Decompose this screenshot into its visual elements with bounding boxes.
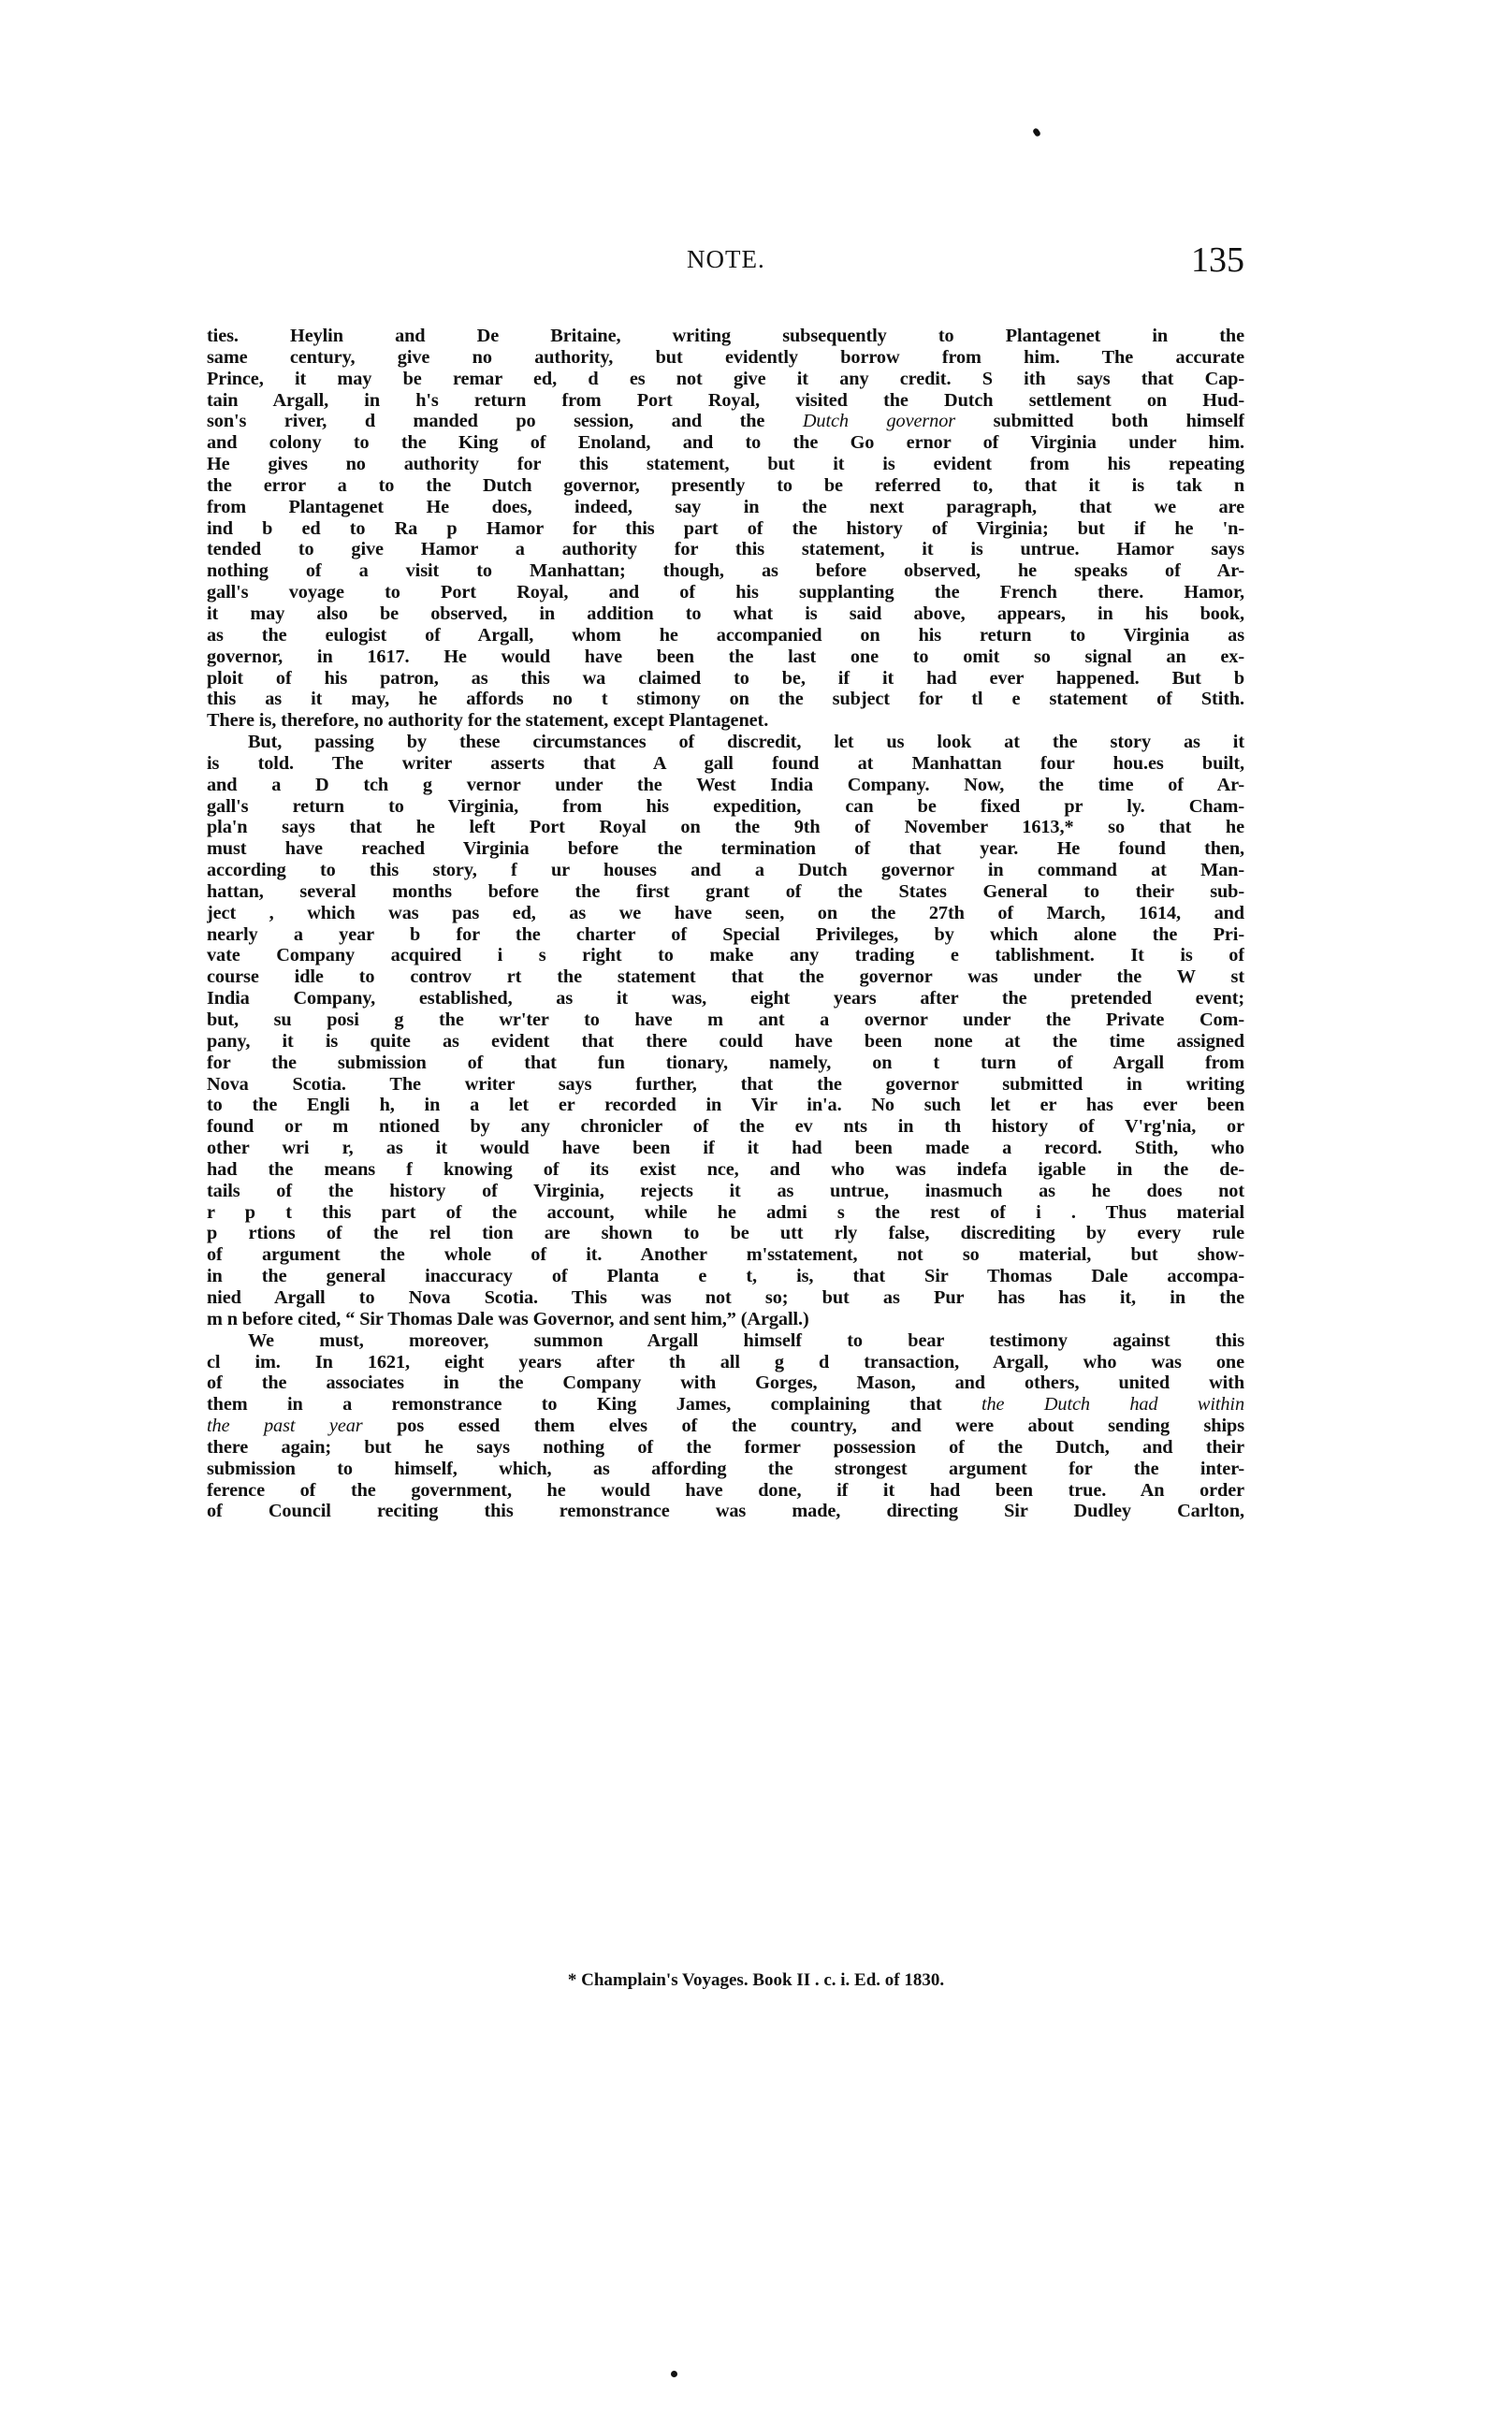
text-line: ference of the government, he would have… [207,1480,1244,1502]
text-line: of argument the whole of it. Another m's… [207,1244,1244,1266]
text-line: pany, it is quite as evident that there … [207,1031,1244,1053]
text-line: it may also be observed, in addition to … [207,603,1244,625]
page-number: 135 [1191,240,1244,281]
text-line: pla'n says that he left Port Royal on th… [207,817,1244,838]
text-line: submission to himself, which, as affordi… [207,1459,1244,1480]
text-line: according to this story, f ur houses and… [207,860,1244,881]
text-line: nearly a year b for the charter of Speci… [207,924,1244,946]
text-line: ind b ed to Ra p Hamor for this part of … [207,518,1244,540]
text-line: them in a remonstrance to King James, co… [207,1394,1244,1416]
text-line: same century, give no authority, but evi… [207,347,1244,369]
stray-ink-dot [671,2371,677,2377]
text-line: Prince, it may be remar ed, d es not giv… [207,369,1244,390]
italic-phrase: the Dutch had within [981,1394,1244,1415]
italic-phrase: Dutch governor [803,411,955,431]
text-line: There is, therefore, no authority for th… [207,710,1244,732]
text-line: course idle to controv rt the statement … [207,966,1244,988]
text-line: of Council reciting this remonstrance wa… [207,1501,1244,1522]
text-line: tended to give Hamor a authority for thi… [207,539,1244,560]
text-line: but, su posi g the wr'ter to have m ant … [207,1009,1244,1031]
text-line: nothing of a visit to Manhattan; though,… [207,560,1244,582]
text-line: there again; but he says nothing of the … [207,1437,1244,1459]
text-line: But, passing by these circumstances of d… [207,732,1244,753]
text-line: Nova Scotia. The writer says further, th… [207,1074,1244,1096]
text-line: ject , which was pas ed, as we have seen… [207,903,1244,924]
text-line: India Company, established, as it was, e… [207,988,1244,1009]
text-line: in the general inaccuracy of Planta e t,… [207,1266,1244,1287]
body-text: ties. Heylin and De Britaine, writing su… [207,326,1244,1522]
text-line: is told. The writer asserts that A gall … [207,753,1244,775]
italic-phrase: the past year [207,1416,363,1436]
text-line: governor, in 1617. He would have been th… [207,646,1244,668]
text-line: found or m ntioned by any chronicler of … [207,1116,1244,1138]
text-line: nied Argall to Nova Scotia. This was not… [207,1287,1244,1309]
text-line: for the submission of that fun tionary, … [207,1053,1244,1074]
text-line: ties. Heylin and De Britaine, writing su… [207,326,1244,347]
text-line: other wri r, as it would have been if it… [207,1138,1244,1159]
text-line: tails of the history of Virginia, reject… [207,1181,1244,1202]
text-line: the past year pos essed them elves of th… [207,1416,1244,1437]
text-line: ploit of his patron, as this wa claimed … [207,668,1244,690]
text-line: and a D tch g vernor under the West Indi… [207,775,1244,796]
text-line: gall's return to Virginia, from his expe… [207,796,1244,818]
text-line: p rtions of the rel tion are shown to be… [207,1223,1244,1244]
text-line: son's river, d manded po session, and th… [207,411,1244,432]
text-line: vate Company acquired i s right to make … [207,945,1244,966]
text-line: of the associates in the Company with Go… [207,1372,1244,1394]
text-line: m n before cited, “ Sir Thomas Dale was … [207,1309,1244,1330]
text-line: and colony to the King of Enoland, and t… [207,432,1244,454]
book-page: NOTE. 135 ties. Heylin and De Britaine, … [0,0,1512,2425]
stray-ink-mark [1032,127,1041,138]
text-line: must have reached Virginia before the te… [207,838,1244,860]
text-line: had the means f knowing of its exist nce… [207,1159,1244,1181]
text-line: He gives no authority for this statement… [207,454,1244,475]
text-line: as the eulogist of Argall, whom he accom… [207,625,1244,646]
text-line: from Plantagenet He does, indeed, say in… [207,497,1244,518]
text-line: r p t this part of the account, while he… [207,1202,1244,1224]
text-line: We must, moreover, summon Argall himself… [207,1330,1244,1352]
text-line: the error a to the Dutch governor, prese… [207,475,1244,497]
text-line: hattan, several months before the first … [207,881,1244,903]
text-line: gall's voyage to Port Royal, and of his … [207,582,1244,603]
text-line: to the Engli h, in a let er recorded in … [207,1095,1244,1116]
running-head: NOTE. [687,245,765,274]
text-line: tain Argall, in h's return from Port Roy… [207,390,1244,412]
page-header: NOTE. 135 [207,245,1244,283]
text-line: cl im. In 1621, eight years after th all… [207,1352,1244,1373]
footnote: * Champlain's Voyages. Book II . c. i. E… [0,1970,1512,1991]
text-line: this as it may, he affords no t stimony … [207,689,1244,710]
